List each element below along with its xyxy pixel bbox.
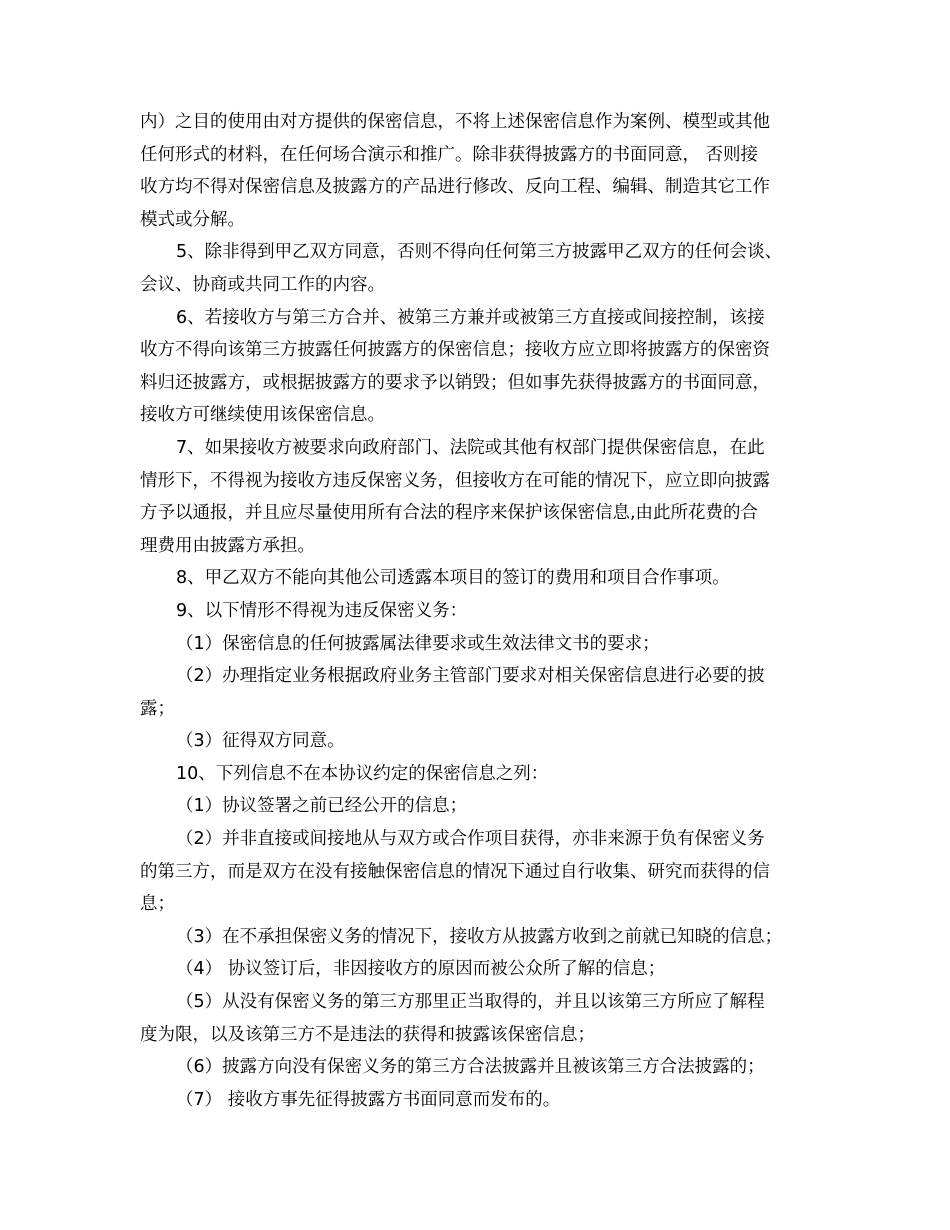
text-line: 任何形式的材料，在任何场合演示和推广。除非获得披露方的书面同意， 否则接 xyxy=(140,139,820,172)
text-line: 理费用由披露方承担。 xyxy=(140,530,820,563)
sub-item: （2）办理指定业务根据政府业务主管部门要求对相关保密信息进行必要的披 xyxy=(140,660,820,693)
text-line: 内）之目的使用由对方提供的保密信息，不将上述保密信息作为案例、模型或其他 xyxy=(140,106,820,139)
text-line: 方予以通报，并且应尽量使用所有合法的程序来保护该保密信息,由此所花费的合 xyxy=(140,497,820,530)
document-page: 内）之目的使用由对方提供的保密信息，不将上述保密信息作为案例、模型或其他 任何形… xyxy=(140,106,820,1116)
sub-item: （3）在不承担保密义务的情况下，接收方从披露方收到之前就已知晓的信息； xyxy=(140,921,820,954)
text-line: 度为限，以及该第三方不是违法的获得和披露该保密信息； xyxy=(140,1019,820,1052)
text-line: 料归还披露方，或根据披露方的要求予以销毁；但如事先获得披露方的书面同意， xyxy=(140,367,820,400)
text-line: 收方不得向该第三方披露任何披露方的保密信息；接收方应立即将披露方的保密资 xyxy=(140,334,820,367)
text-line: 接收方可继续使用该保密信息。 xyxy=(140,399,820,432)
sub-item: （1）保密信息的任何披露属法律要求或生效法律文书的要求； xyxy=(140,628,820,661)
sub-item: （4） 协议签订后，非因接收方的原因而被公众所了解的信息； xyxy=(140,953,820,986)
sub-item: （3）征得双方同意。 xyxy=(140,725,820,758)
clause-9: 9、以下情形不得视为违反保密义务： xyxy=(140,595,820,628)
clause-7: 7、如果接收方被要求向政府部门、法院或其他有权部门提供保密信息，在此 xyxy=(140,432,820,465)
text-line: 会议、协商或共同工作的内容。 xyxy=(140,269,820,302)
sub-item: （7） 接收方事先征得披露方书面同意而发布的。 xyxy=(140,1084,820,1117)
clause-6: 6、若接收方与第三方合并、被第三方兼并或被第三方直接或间接控制，该接 xyxy=(140,302,820,335)
clause-8: 8、甲乙双方不能向其他公司透露本项目的签订的费用和项目合作事项。 xyxy=(140,562,820,595)
sub-item: （1）协议签署之前已经公开的信息； xyxy=(140,790,820,823)
clause-5: 5、除非得到甲乙双方同意，否则不得向任何第三方披露甲乙双方的任何会谈、 xyxy=(140,236,820,269)
text-line: 模式或分解。 xyxy=(140,204,820,237)
sub-item: （6）披露方向没有保密义务的第三方合法披露并且被该第三方合法披露的； xyxy=(140,1051,820,1084)
text-line: 息； xyxy=(140,888,820,921)
sub-item: （5）从没有保密义务的第三方那里正当取得的，并且以该第三方所应了解程 xyxy=(140,986,820,1019)
text-line: 露； xyxy=(140,693,820,726)
text-line: 的第三方，而是双方在没有接触保密信息的情况下通过自行收集、研究而获得的信 xyxy=(140,856,820,889)
sub-item: （2）并非直接或间接地从与双方或合作项目获得，亦非来源于负有保密义务 xyxy=(140,823,820,856)
text-line: 收方均不得对保密信息及披露方的产品进行修改、反向工程、编辑、制造其它工作 xyxy=(140,171,820,204)
clause-10: 10、下列信息不在本协议约定的保密信息之列： xyxy=(140,758,820,791)
text-line: 情形下，不得视为接收方违反保密义务，但接收方在可能的情况下，应立即向披露 xyxy=(140,465,820,498)
